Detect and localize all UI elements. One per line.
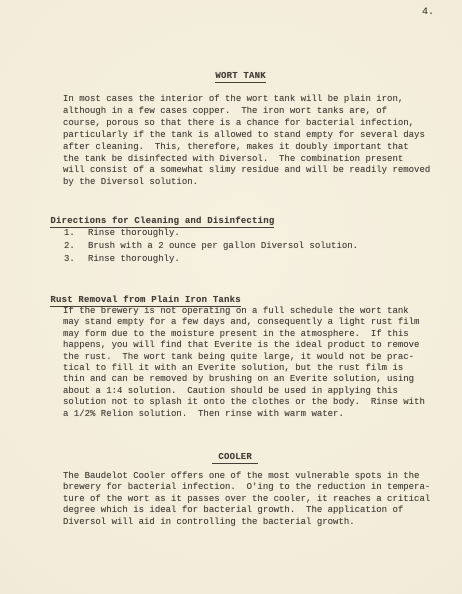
cooler-paragraph: The Baudelot Cooler offers one of the mo… xyxy=(63,471,430,528)
list-item: 2. Brush with a 2 ounce per gallon Diver… xyxy=(64,241,358,254)
section-heading-wort-tank: WORT TANK xyxy=(193,61,266,91)
rust-removal-paragraph: If the brewery is not operating on a ful… xyxy=(63,306,425,420)
list-item: 3. Rinse thoroughly. xyxy=(64,254,358,267)
page-number: 4. xyxy=(422,7,434,18)
section-heading-directions-text: Directions for Cleaning and Disinfecting xyxy=(50,216,274,228)
list-item-text: Rinse thoroughly. xyxy=(88,254,180,264)
directions-list: 1. Rinse thoroughly. 2. Brush with a 2 o… xyxy=(64,228,358,267)
list-item-number: 2. xyxy=(64,241,88,251)
list-item: 1. Rinse thoroughly. xyxy=(64,228,358,241)
section-heading-cooler: COOLER xyxy=(190,442,258,472)
list-item-text: Rinse thoroughly. xyxy=(88,228,180,238)
wort-tank-paragraph: In most cases the interior of the wort t… xyxy=(63,94,430,189)
list-item-number: 1. xyxy=(64,228,88,238)
section-heading-wort-tank-text: WORT TANK xyxy=(215,71,265,83)
list-item-number: 3. xyxy=(64,254,88,264)
section-heading-rust-removal-text: Rust Removal from Plain Iron Tanks xyxy=(50,295,240,307)
list-item-text: Brush with a 2 ounce per gallon Diversol… xyxy=(88,241,358,251)
document-page: 4. WORT TANK In most cases the interior … xyxy=(0,0,462,594)
section-heading-cooler-text: COOLER xyxy=(212,452,258,464)
